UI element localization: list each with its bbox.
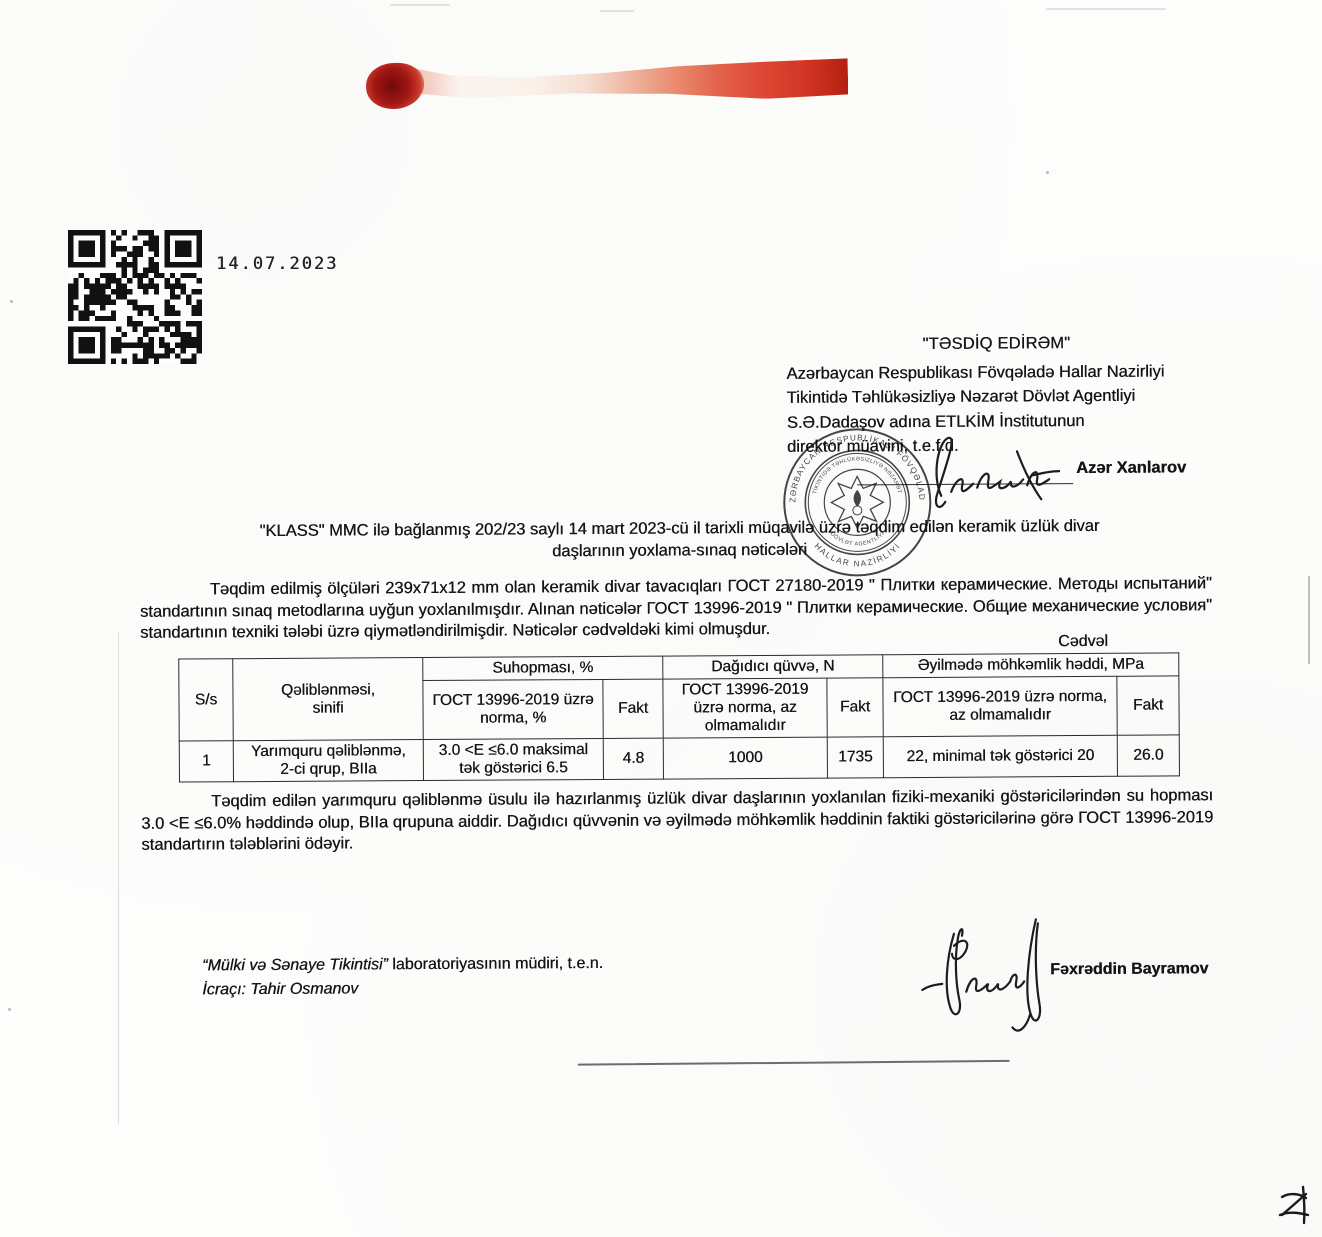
- approval-signer-name: Azər Xanlarov: [1076, 458, 1186, 478]
- cell-bend-fakt: 26.0: [1117, 735, 1179, 776]
- cell-water-fakt: 4.8: [603, 738, 663, 779]
- col-header-sn: S/s: [179, 659, 233, 741]
- footer-signer-name: Fəxrəddin Bayramov: [1050, 960, 1208, 979]
- approval-title: "TƏSDİQ EDİRƏM": [786, 330, 1206, 357]
- approval-line: Tikintidə Təhlükəsizliyə Nəzarət Dövlət …: [787, 383, 1207, 410]
- cell-molding: Yarımquru qəliblənmə, 2-ci qrup, BIIa: [233, 740, 423, 782]
- group-header-water-absorption: Suhopması, %: [423, 656, 663, 680]
- table-caption: Cədvəl: [1058, 633, 1108, 651]
- bayramov-signature: [918, 911, 1067, 1045]
- official-round-stamp: AZƏRBAYCAN RESPUBLİKASI FÖVQƏLADƏ HALLAR…: [777, 424, 938, 586]
- stamp-ring-top-text: AZƏRBAYCAN RESPUBLİKASI FÖVQƏLADƏ: [777, 424, 927, 503]
- svg-text:AZƏRBAYCAN RESPUBLİKASI FÖVQƏL: AZƏRBAYCAN RESPUBLİKASI FÖVQƏLADƏ: [777, 424, 927, 503]
- group-header-breaking-force: Dağıdıcı qüvvə, N: [663, 655, 883, 679]
- cell-force-fakt: 1735: [827, 737, 883, 778]
- subheader-water-fakt: Fakt: [603, 679, 663, 738]
- approval-line: Azərbaycan Respublikası Fövqəladə Hallar…: [786, 359, 1206, 386]
- footer-block: “Mülki və Sənaye Tikintisi” laboratoriya…: [202, 952, 603, 1002]
- lab-name: “Mülki və Sənaye Tikintisi”: [202, 956, 388, 974]
- lab-title-rest: laboratoriyasının müdiri, t.e.n.: [388, 955, 603, 973]
- executor-line: İcraçı: Tahir Osmanov: [202, 976, 603, 1002]
- subheader-force-fakt: Fakt: [827, 678, 883, 737]
- document-title: "KLASS" MMC ilə bağlanmış 202/23 saylı 1…: [149, 514, 1209, 564]
- cell-bend-norm: 22, minimal tək göstərici 20: [883, 735, 1117, 777]
- subheader-force-norm: ГОСТ 13996-2019 üzrə norma, az olmamalıd…: [663, 678, 827, 738]
- cell-sn: 1: [179, 741, 233, 782]
- subheader-bend-norm: ГОСТ 13996-2019 üzrə norma, az olmamalıd…: [883, 676, 1117, 736]
- cell-water-norm: 3.0 <E ≤6.0 maksimal tək göstərici 6.5: [423, 738, 603, 780]
- results-table: S/s Qəliblənməsi, sinifi Suhopması, % Da…: [178, 652, 1180, 782]
- handwritten-corner-mark: [1274, 1181, 1314, 1234]
- table-row: 1 Yarımquru qəliblənmə, 2-ci qrup, BIIa …: [179, 735, 1179, 782]
- conclusion-paragraph: Təqdim edilən yarımquru qəliblənmə üsulu…: [141, 785, 1213, 857]
- scanned-document-page: 14.07.2023 "TƏSDİQ EDİRƏM" Azərbaycan Re…: [0, 0, 1322, 1237]
- stray-pen-line: [578, 1060, 1010, 1066]
- subheader-water-norm: ГОСТ 13996-2019 üzrə norma, %: [423, 679, 603, 739]
- intro-paragraph: Təqdim edilmiş ölçüləri 239x71x12 mm ola…: [140, 573, 1212, 645]
- cell-force-norm: 1000: [663, 737, 827, 779]
- col-header-molding: Qəliblənməsi, sinifi: [233, 658, 423, 741]
- document-content: "TƏSDİQ EDİRƏM" Azərbaycan Respublikası …: [0, 0, 1322, 1237]
- group-header-bending-strength: Əyilmədə möhkəmlik həddi, MPa: [883, 653, 1179, 678]
- subheader-bend-fakt: Fakt: [1117, 676, 1179, 735]
- lab-head-line: “Mülki və Sənaye Tikintisi” laboratoriya…: [202, 952, 603, 978]
